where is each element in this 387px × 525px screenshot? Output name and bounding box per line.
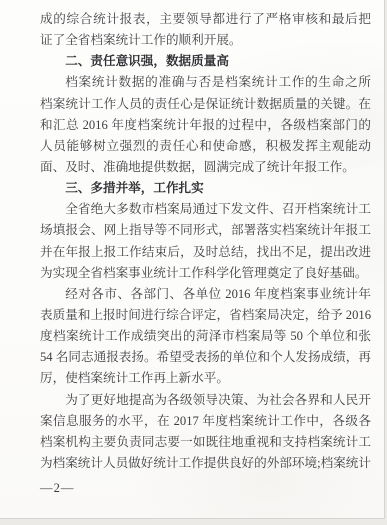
text-line: 人员能够树立强烈的责任心和使命感，积极发挥主观能动性，全 — [40, 136, 371, 157]
text-line: 和汇总 2016 年度档案统计年报的过程中，各级档案部门的统计 — [40, 115, 371, 136]
text-line: 经对各市、各部门、各单位 2016 年度档案事业统计年报报 — [40, 284, 371, 305]
text-line: 厉，使档案统计工作再上新水平。 — [40, 368, 371, 389]
scanned-document-page: 成的综合统计报表，主要领导都进行了严格审核和最后把关，保证了全省档案统计工作的顺… — [0, 0, 385, 519]
page-number: —2— — [40, 478, 74, 499]
text-line: 档案统计数据的准确与否是档案统计工作的生命之所在，而 — [40, 72, 371, 93]
section-heading: 三、多措并举，工作扎实 — [40, 178, 371, 199]
text-line: 档案机构主要负责同志要一如既往地重视和支持档案统计工作， — [40, 432, 371, 453]
text-line: 为档案统计人员做好统计工作提供良好的外部环境;档案统计工 — [40, 453, 371, 474]
text-line: 为了更好地提高为各级领导决策、为社会各界和人民开发档 — [40, 390, 371, 411]
text-line: 并在年报上报工作结束后，及时总结，找出不足，提出改进措施， — [40, 242, 371, 263]
text-line: 成的综合统计报表，主要领导都进行了严格审核和最后把关，保 — [40, 9, 371, 30]
text-line: 为实现全省档案事业统计工作科学化管理奠定了良好基础。 — [40, 263, 371, 284]
document-body: 成的综合统计报表，主要领导都进行了严格审核和最后把关，保证了全省档案统计工作的顺… — [40, 9, 371, 474]
text-line: 54 名同志通报表扬。希望受表扬的单位和个人发扬成绩，再接再 — [40, 347, 371, 368]
section-heading: 二、责任意识强，数据质量高 — [40, 51, 371, 72]
text-line: 档案统计工作人员的责任心是保证统计数据质量的关键。在填报 — [40, 94, 371, 115]
text-line: 全省绝大多数市档案局通过下发文件、召开档案统计工作现 — [40, 199, 371, 220]
text-line: 度档案统计工作成绩突出的菏泽市档案局等 50 个单位和张丽等 — [40, 326, 371, 347]
text-line: 案信息服务的水平，在 2017 年度档案统计工作中，各级各部门 — [40, 411, 371, 432]
text-line: 场填报会、网上指导等不同形式，部署落实档案统计年报工作， — [40, 220, 371, 241]
text-line: 表质量和上报时间进行综合评定，省档案局决定，给予 2016 年 — [40, 305, 371, 326]
text-line: 面、及时、准确地提供数据，圆满完成了统计年报工作。 — [40, 157, 371, 178]
text-line: 证了全省档案统计工作的顺利开展。 — [40, 30, 371, 51]
